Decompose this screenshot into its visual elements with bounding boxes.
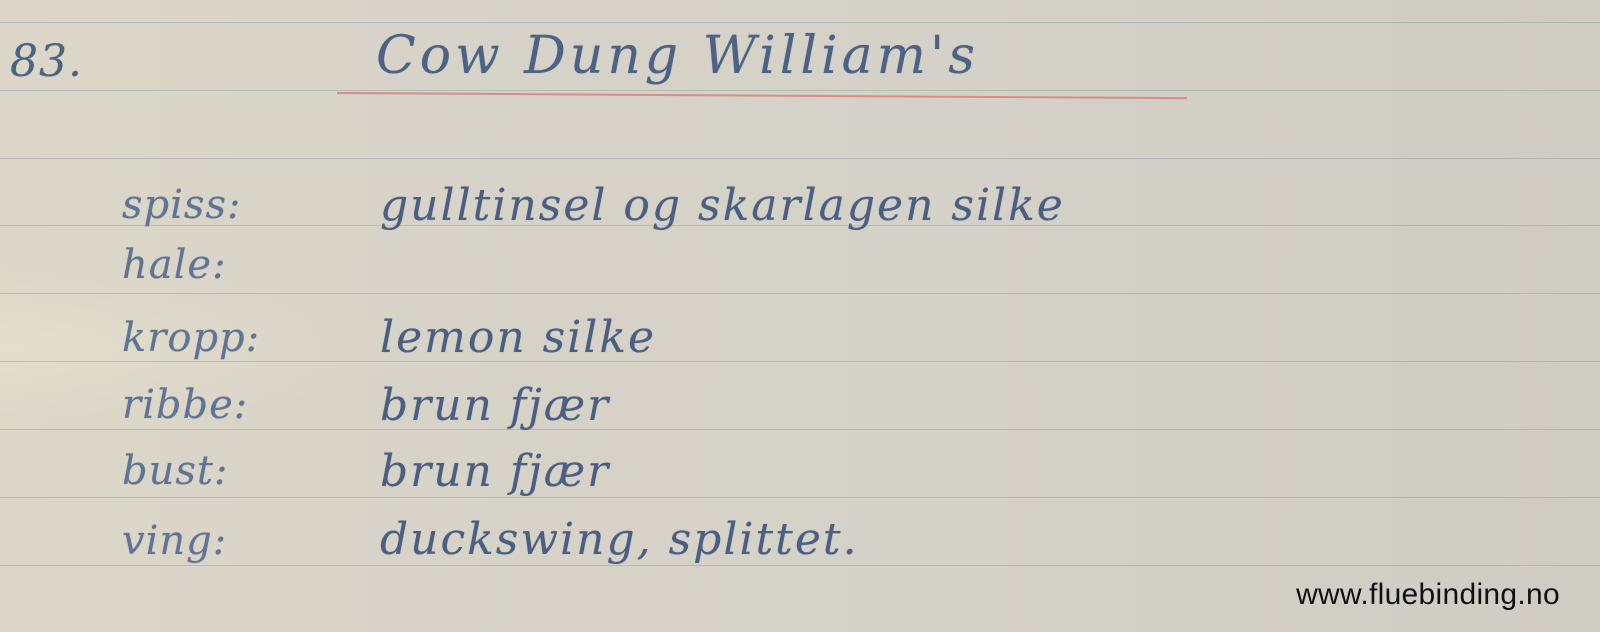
- ruled-line: [0, 90, 1600, 91]
- ruled-line: [0, 22, 1600, 23]
- recipe-label: ving:: [122, 518, 227, 564]
- recipe-label: ribbe:: [122, 382, 248, 428]
- ruled-line: [0, 361, 1600, 362]
- recipe-value: brun fjær: [380, 380, 610, 431]
- recipe-label: spiss:: [122, 182, 241, 228]
- recipe-value: lemon silke: [380, 312, 656, 363]
- recipe-label: bust:: [122, 448, 228, 494]
- ruled-line: [0, 565, 1600, 566]
- notebook-page: 83. Cow Dung William's spiss: gulltinsel…: [0, 0, 1600, 632]
- ruled-line: [0, 429, 1600, 430]
- title-underline: [337, 92, 1187, 99]
- site-watermark: www.fluebinding.no: [1296, 578, 1560, 612]
- recipe-value: gulltinsel og skarlagen silke: [380, 180, 1065, 231]
- ruled-line: [0, 497, 1600, 498]
- recipe-value: duckswing, splittet.: [380, 514, 859, 565]
- entry-number: 83.: [10, 36, 83, 87]
- ruled-line: [0, 158, 1600, 159]
- recipe-label: kropp:: [122, 315, 260, 361]
- recipe-value: brun fjær: [380, 446, 610, 497]
- ruled-line: [0, 293, 1600, 294]
- entry-title: Cow Dung William's: [376, 26, 979, 86]
- recipe-label: hale:: [122, 242, 227, 288]
